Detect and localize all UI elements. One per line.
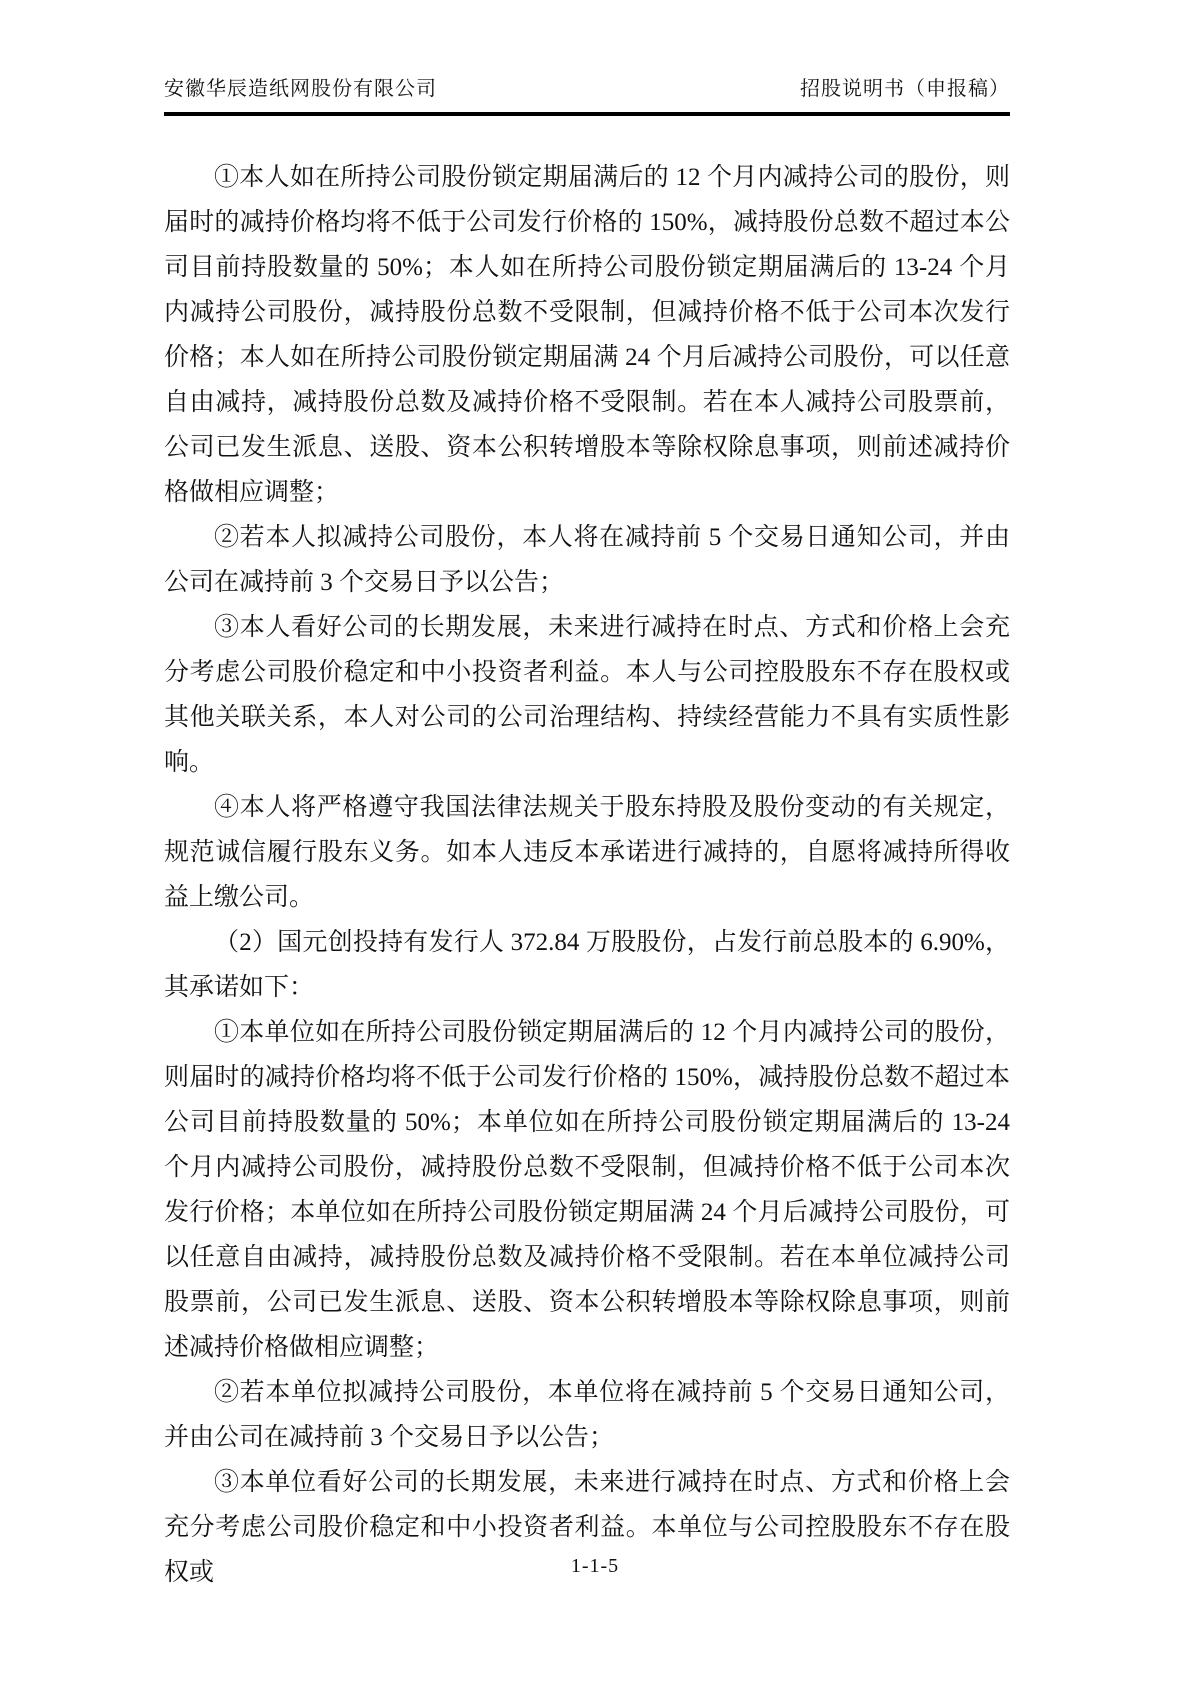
document-body: ①本人如在所持公司股份锁定期届满后的 12 个月内减持公司的股份，则届时的减持价… (164, 155, 1010, 1595)
prospectus-page: 安徽华辰造纸网股份有限公司 招股说明书（申报稿） ①本人如在所持公司股份锁定期届… (0, 0, 1190, 1683)
paragraph-1: ①本人如在所持公司股份锁定期届满后的 12 个月内减持公司的股份，则届时的减持价… (164, 155, 1010, 515)
page-footer: 1-1-5 (0, 1552, 1190, 1580)
paragraph-7: ②若本单位拟减持公司股份，本单位将在减持前 5 个交易日通知公司，并由公司在减持… (164, 1370, 1010, 1460)
paragraph-3: ③本人看好公司的长期发展，未来进行减持在时点、方式和价格上会充分考虑公司股价稳定… (164, 605, 1010, 785)
paragraph-2: ②若本人拟减持公司股份，本人将在减持前 5 个交易日通知公司，并由公司在减持前 … (164, 515, 1010, 605)
page-header: 安徽华辰造纸网股份有限公司 招股说明书（申报稿） (164, 74, 1010, 116)
paragraph-4: ④本人将严格遵守我国法律法规关于股东持股及股份变动的有关规定，规范诚信履行股东义… (164, 785, 1010, 920)
doc-title: 招股说明书（申报稿） (800, 74, 1010, 104)
paragraph-6: ①本单位如在所持公司股份锁定期届满后的 12 个月内减持公司的股份，则届时的减持… (164, 1010, 1010, 1370)
paragraph-5: （2）国元创投持有发行人 372.84 万股股份，占发行前总股本的 6.90%，… (164, 920, 1010, 1010)
page-number: 1-1-5 (571, 1555, 619, 1577)
company-name: 安徽华辰造纸网股份有限公司 (164, 74, 437, 104)
